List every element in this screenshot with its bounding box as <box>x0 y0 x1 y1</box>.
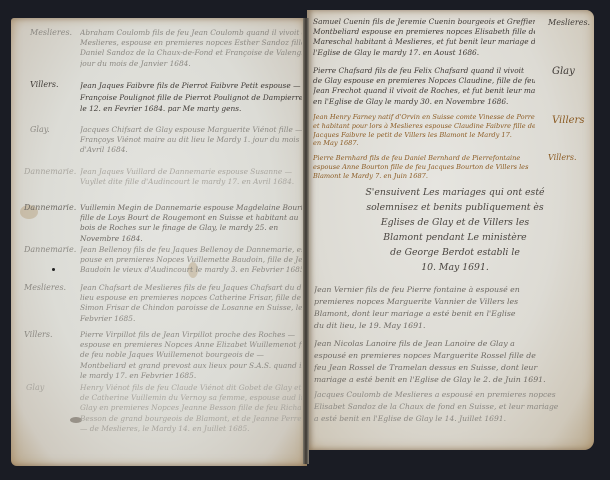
register-entry: Pierre Virpillot fils de Jean Virpillot … <box>80 330 302 381</box>
entry-line: espouse en premieres Nopces Anne Elizabe… <box>80 340 302 350</box>
entry-line: Jacques Faibvre le petit de Villers les … <box>313 131 535 140</box>
entry-line: a esté benit en l'Eglise de Glay le 14. … <box>314 413 589 425</box>
entry-line: Samuel Cuenin fils de Jeremie Cuenin bou… <box>313 17 535 27</box>
entry-line: Glay en premieres Nopces Jeanne Besson f… <box>80 403 302 413</box>
entry-line: premieres nopces Marguerite Vannier de V… <box>314 296 584 308</box>
entry-line: Jean Henry Farney natif d'Orvin en Suiss… <box>313 113 535 122</box>
entry-line: mariage a esté benit en l'Eglise de Glay… <box>314 374 589 386</box>
entry-line: lieu espouse en premieres nopces Catheri… <box>80 293 302 303</box>
register-entry: Jean Bellenoy fils de feu Jaques Belleno… <box>80 245 302 276</box>
entry-line: Jean Vernier fils de feu Pierre fontaine… <box>314 284 584 296</box>
entry-line: espousé en premieres nopces Marguerite R… <box>314 350 589 362</box>
entry-line: le mardy 17. en Febvrier 1685. <box>80 371 302 381</box>
margin-place-name: Glay <box>552 66 575 77</box>
register-entry: Jean Chafsart de Meslieres fils de feu J… <box>80 283 302 324</box>
book-gutter <box>303 18 309 464</box>
entry-line: Pierre Chafsard fils de feu Felix Chafsa… <box>313 66 535 76</box>
entry-line: d'Avril 1684. <box>80 145 302 155</box>
entry-line: Abraham Coulomb fils de feu Jean Coulomb… <box>80 28 302 38</box>
margin-place-name: Dannemarie. <box>24 245 76 254</box>
register-entry: Vuillemin Megin de Dannemarie espouse Ma… <box>80 203 302 244</box>
entry-line: — de Meslieres, le Mardy 14. en Juillet … <box>80 424 302 434</box>
entry-line: Besson de grand bourgeois de Blamont, et… <box>80 414 302 424</box>
register-entry: Jacques Coulomb de Meslieres a espousé e… <box>314 389 589 425</box>
entry-line: de Catherine Vuillemin du Vernoy sa femm… <box>80 393 302 403</box>
entry-line: Daniel Sandoz de la Chaux-de-Fond et Fra… <box>80 48 302 58</box>
register-entry: Jean Jaques Vuillard de Dannemarie espou… <box>80 167 302 187</box>
margin-place-name: Villers. <box>24 330 53 339</box>
register-entry: Samuel Cuenin fils de Jeremie Cuenin bou… <box>313 17 535 58</box>
margin-place-name: Dannemarie. <box>24 167 76 176</box>
register-entry: Jean Jaques Faibvre fils de Pierrot Faib… <box>80 80 302 115</box>
entry-line: Novembre 1684. <box>80 234 302 244</box>
entry-line: Febvrier 1685. <box>80 314 302 324</box>
entry-line: Elisabet Sandoz de la Chaux de fond en S… <box>314 401 589 413</box>
entry-line: espouse Anne Bourton fille de feu Jacque… <box>313 163 535 172</box>
entry-line: Vuillemin Megin de Dannemarie espouse Ma… <box>80 203 302 213</box>
entry-line: Jean Jaques Faibvre fils de Pierrot Faib… <box>80 80 302 92</box>
entry-line: Jean Bellenoy fils de feu Jaques Belleno… <box>80 245 302 255</box>
entry-line: l'Eglise de Glay le mardy 17. en Aoust 1… <box>313 48 535 58</box>
entry-line: Blamont, dont leur mariage a esté benit … <box>314 308 584 320</box>
entry-line: et habitant pour lors à Meslieres espous… <box>313 122 535 131</box>
register-entry: Pierre Bernhard fils de feu Daniel Bernh… <box>313 154 535 180</box>
entry-line: Jacques Chifsart de Glay espouse Marguer… <box>80 125 302 135</box>
entry-line: Jacques Coulomb de Meslieres a espousé e… <box>314 389 589 401</box>
heading-line: 10. May 1691. <box>330 260 580 275</box>
entry-line: Simon Frisar de Chindon paroisse de Losa… <box>80 303 302 313</box>
entry-line: Mareschal habitant à Meslieres, et fut b… <box>313 37 535 47</box>
entry-line: de Glay espouse en premieres Nopces Clau… <box>313 76 535 86</box>
heading-line: S'ensuivent Les mariages qui ont esté <box>330 185 580 200</box>
entry-line: en l'Eglise de Glay le mardy 30. en Nove… <box>313 97 535 107</box>
entry-line: Pierre Bernhard fils de feu Daniel Bernh… <box>313 154 535 163</box>
entry-line: Montbeliard et grand prevost aux lieux p… <box>80 361 302 371</box>
margin-place-name: Meslieres. <box>30 28 72 37</box>
entry-line: bois de Roches sur le finage de Glay, le… <box>80 223 302 233</box>
entry-line: le 12. en Fevrier 1684. par Me marty gen… <box>80 103 302 115</box>
register-entry: Abraham Coulomb fils de feu Jean Coulomb… <box>80 28 302 69</box>
entry-line: en May 1687. <box>313 139 535 148</box>
entry-line: Jean Jaques Vuillard de Dannemarie espou… <box>80 167 302 177</box>
entry-line: Vuyllet dite fille d'Audincourt le mardy… <box>80 177 302 187</box>
register-entry: Pierre Chafsard fils de feu Felix Chafsa… <box>313 66 535 107</box>
entry-line: Jean Chafsart de Meslieres fils de feu J… <box>80 283 302 293</box>
margin-place-name: Glay <box>26 383 44 392</box>
entry-line: Baudoin le vieux d'Audincourt le mardy 3… <box>80 265 302 275</box>
margin-place-name: Glay. <box>30 125 50 134</box>
margin-place-name: Dannemarie. <box>24 203 76 212</box>
entry-line: Françoise Poulignot fille de Pierrot Pou… <box>80 92 302 104</box>
entry-line: Jean Nicolas Lanoire fils de Jean Lanoir… <box>314 338 589 350</box>
margin-place-name: Villers <box>552 115 584 126</box>
entry-line: Jean Frechot quand il vivoit de Roches, … <box>313 86 535 96</box>
entry-line: jour du mois de Janvier 1684. <box>80 59 302 69</box>
entry-line: Henry Viénot fils de feu Claude Viénot d… <box>80 383 302 393</box>
entry-line: Meslieres, espouse en premieres nopces E… <box>80 38 302 48</box>
heading-line: solemnisez et benits publiquement ès <box>330 200 580 215</box>
margin-place-name: Meslieres. <box>548 18 590 27</box>
register-entry: Jean Henry Farney natif d'Orvin en Suiss… <box>313 113 535 148</box>
heading-line: Eglises de Glay et de Villers les <box>330 215 580 230</box>
register-entry: Jacques Chifsart de Glay espouse Marguer… <box>80 125 302 156</box>
register-entry: Jean Vernier fils de feu Pierre fontaine… <box>314 284 584 332</box>
entry-line: fille de Loys Bourt de Rougemont en Suis… <box>80 213 302 223</box>
entry-line: pouse en premieres Nopces Vuillemette Ba… <box>80 255 302 265</box>
margin-place-name: Villers. <box>548 153 577 162</box>
entry-line: de feu noble Jaques Wuillemenot bourgeoi… <box>80 350 302 360</box>
entry-line: Pierre Virpillot fils de Jean Virpillot … <box>80 330 302 340</box>
entry-line: Françoys Viénot maire au dit lieu le Mar… <box>80 135 302 145</box>
heading-line: Blamont pendant Le ministère <box>330 230 580 245</box>
entry-line: du dit lieu, le 19. May 1691. <box>314 320 584 332</box>
register-entry: Jean Nicolas Lanoire fils de Jean Lanoir… <box>314 338 589 386</box>
margin-place-name: Meslieres. <box>24 283 66 292</box>
section-heading: S'ensuivent Les mariages qui ont esté so… <box>330 185 580 275</box>
margin-place-name: Villers. <box>30 80 59 89</box>
entry-line: feu Jean Rossel de Tramelan dessus en Su… <box>314 362 589 374</box>
ink-dot <box>52 268 55 271</box>
entry-line: Montbeliard espouse en premieres nopces … <box>313 27 535 37</box>
heading-line: de George Berdot establi le <box>330 245 580 260</box>
register-entry: Henry Viénot fils de feu Claude Viénot d… <box>80 383 302 434</box>
entry-line: Blamont le Mardy 7. en Juin 1687. <box>313 172 535 181</box>
